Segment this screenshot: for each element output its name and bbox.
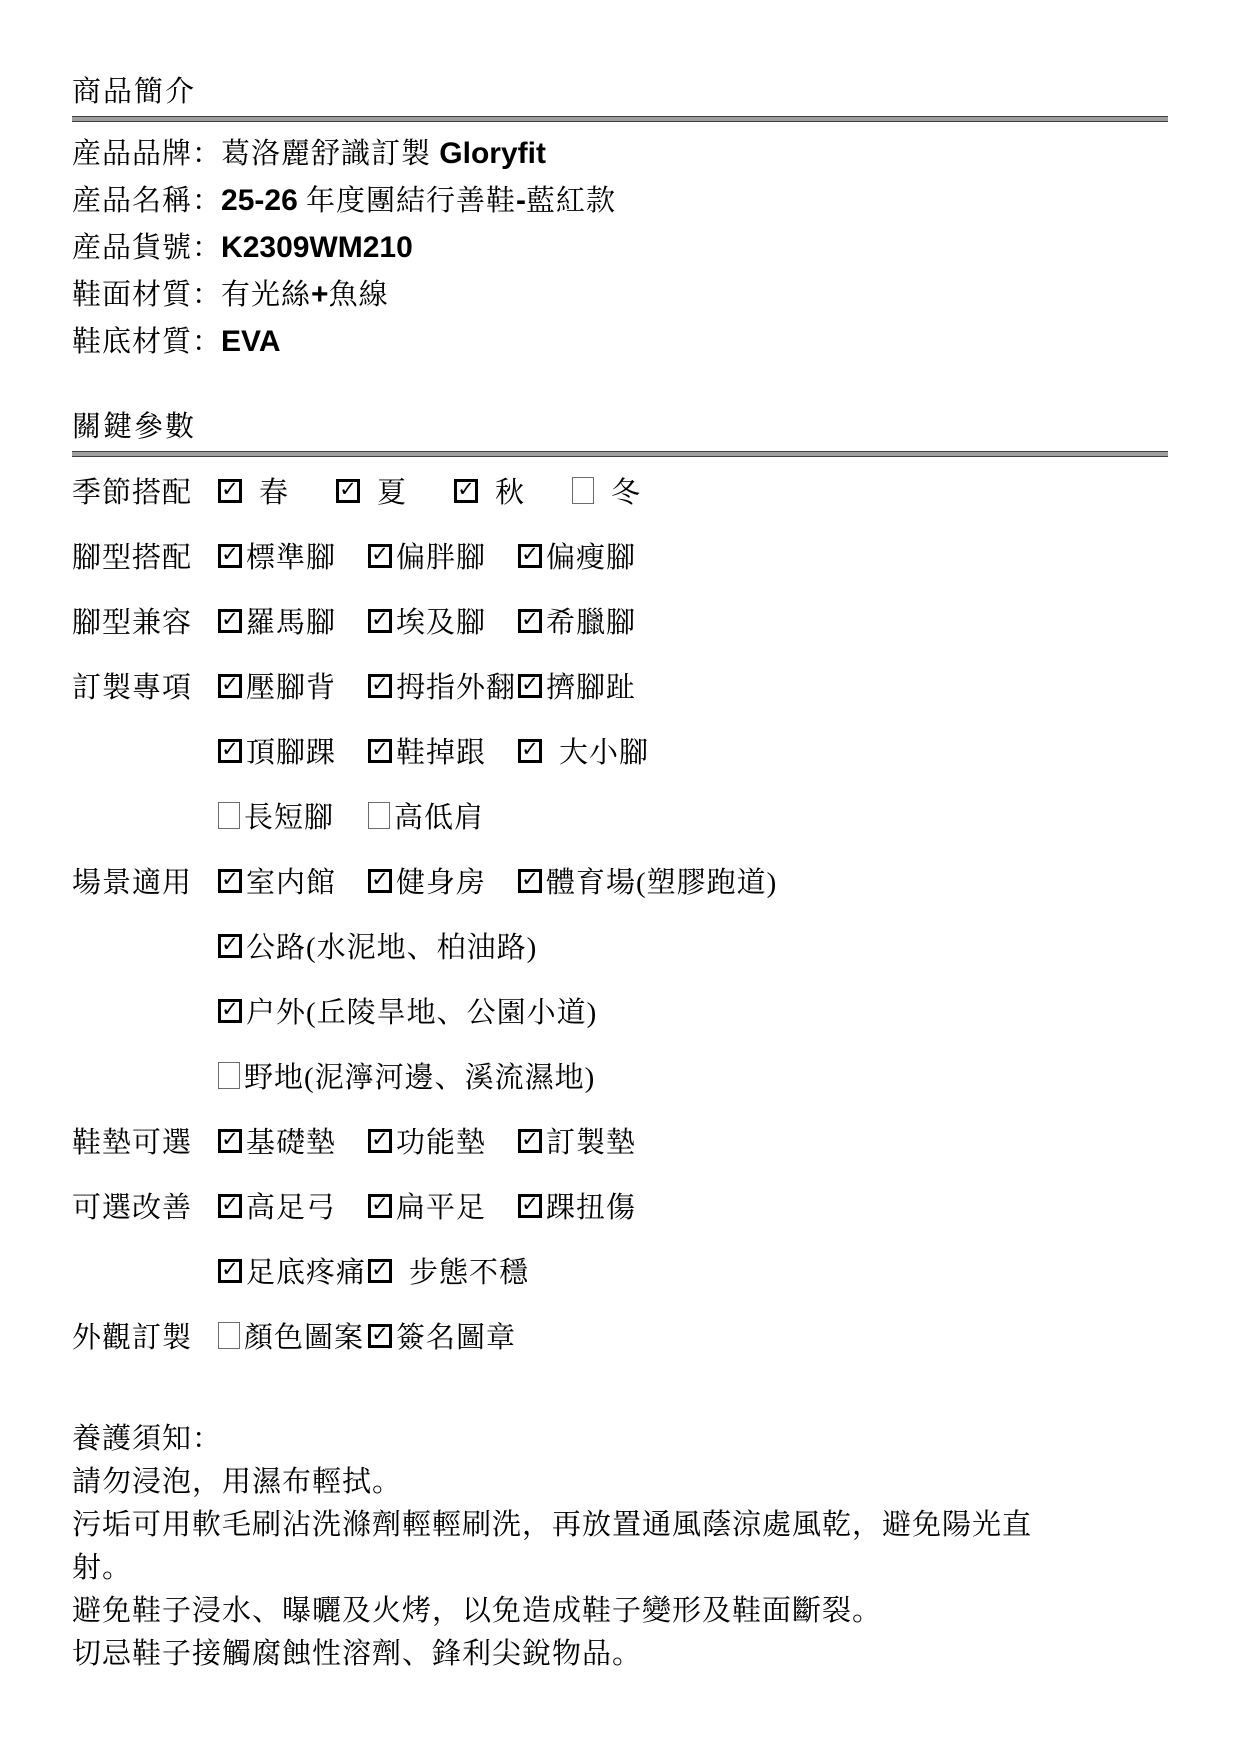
check-mark-icon: ✓ <box>221 609 239 630</box>
care-instruction: 切忌鞋子接觸腐蝕性溶劑、鋒利尖銳物品。 <box>72 1633 1060 1676</box>
parameter-row: 外觀訂製顏色圖案✓簽名圖章 <box>72 1303 1168 1368</box>
checkbox-checked-icon: ✓ <box>368 1324 392 1348</box>
checklist-item: ✓鞋掉跟 <box>368 730 518 771</box>
field-value-part: 藍紅款 <box>526 185 616 217</box>
checklist-item: 高低肩 <box>368 795 518 836</box>
checklist-item: 野地(泥濘河邊、溪流濕地) <box>218 1055 595 1096</box>
checklist-item: ✓公路(水泥地、柏油路) <box>218 925 537 966</box>
checklist-item-label: 羅馬腳 <box>246 600 336 641</box>
field-value-part: 魚線 <box>329 279 389 311</box>
checklist-item: ✓步態不穩 <box>368 1250 529 1291</box>
checklist-item: ✓扁平足 <box>368 1185 518 1226</box>
label-separator: ： <box>192 326 221 358</box>
checkbox-checked-icon: ✓ <box>518 609 542 633</box>
checklist-item-label: 埃及腳 <box>396 600 486 641</box>
field-label: 鞋底材質 <box>72 326 192 358</box>
checklist-item-label: 偏瘦腳 <box>546 535 636 576</box>
field-label: 鞋面材質 <box>72 279 192 311</box>
check-mark-icon: ✓ <box>521 739 539 760</box>
check-mark-icon: ✓ <box>521 1129 539 1150</box>
checklist-item-label: 户外(丘陵旱地、公園小道) <box>246 990 597 1031</box>
checklist-item-label: 冬 <box>611 470 641 511</box>
checkbox-checked-icon: ✓ <box>518 544 542 568</box>
parameter-row: 訂製專項✓壓腳背✓拇指外翻✓擠腳趾 <box>72 653 1168 718</box>
field-label: 産品名稱 <box>72 185 192 217</box>
field-value: 有光絲+魚線 <box>221 279 389 311</box>
checklist-item-label: 體育場(塑膠跑道) <box>546 860 777 901</box>
checklist-item: ✓希臘腳 <box>518 600 668 641</box>
checklist-item-label: 健身房 <box>396 860 486 901</box>
checklist-item-label: 足底疼痛 <box>246 1250 366 1291</box>
checklist-item: ✓功能墊 <box>368 1120 518 1161</box>
check-mark-icon: ✓ <box>457 479 475 500</box>
checkbox-checked-icon: ✓ <box>218 544 242 568</box>
checkbox-checked-icon: ✓ <box>368 739 392 763</box>
checkbox-checked-icon: ✓ <box>218 869 242 893</box>
care-section: 養護須知： 請勿浸泡，用濕布輕拭。污垢可用軟毛刷沾洗滌劑輕輕刷洗，再放置通風蔭涼… <box>72 1418 1168 1676</box>
parameter-rows: 季節搭配✓春✓夏✓秋冬腳型搭配✓標準腳✓偏胖腳✓偏瘦腳腳型兼容✓羅馬腳✓埃及腳✓… <box>72 458 1168 1368</box>
checklist-item: ✓標準腳 <box>218 535 368 576</box>
checklist-item: ✓基礎墊 <box>218 1120 368 1161</box>
checklist-item: ✓夏 <box>336 470 454 511</box>
check-mark-icon: ✓ <box>221 999 239 1020</box>
check-mark-icon: ✓ <box>371 869 389 890</box>
checklist-item: ✓簽名圖章 <box>368 1315 518 1356</box>
checklist-item-label: 高低肩 <box>394 795 484 836</box>
checkbox-checked-icon: ✓ <box>368 869 392 893</box>
care-instruction: 避免鞋子浸水、曝曬及火烤，以免造成鞋子變形及鞋面斷裂。 <box>72 1590 1060 1633</box>
field-value: EVA <box>221 326 280 358</box>
check-mark-icon: ✓ <box>521 869 539 890</box>
check-mark-icon: ✓ <box>221 674 239 695</box>
parameter-row: 鞋墊可選✓基礎墊✓功能墊✓訂製墊 <box>72 1108 1168 1173</box>
checklist-item: ✓室内館 <box>218 860 368 901</box>
field-value-part: EVA <box>221 325 280 358</box>
check-mark-icon: ✓ <box>221 1194 239 1215</box>
checkbox-unchecked-icon <box>218 1322 240 1349</box>
checklist-item-label: 頂腳踝 <box>246 730 336 771</box>
checklist-item: ✓擠腳趾 <box>518 665 668 706</box>
checklist-item-label: 步態不穩 <box>409 1250 529 1291</box>
label-separator: ： <box>192 279 221 311</box>
checklist-item-label: 鞋掉跟 <box>396 730 486 771</box>
field-value-part: 25-26 <box>221 184 298 217</box>
checkbox-checked-icon: ✓ <box>454 479 478 503</box>
checkbox-checked-icon: ✓ <box>218 1259 242 1283</box>
checklist-item: ✓大小腳 <box>518 730 668 771</box>
checkbox-checked-icon: ✓ <box>218 479 242 503</box>
parameter-label: 鞋墊可選 <box>72 1120 218 1161</box>
checkbox-checked-icon: ✓ <box>518 869 542 893</box>
checklist-item: ✓高足弓 <box>218 1185 368 1226</box>
check-mark-icon: ✓ <box>371 1259 389 1280</box>
checkbox-checked-icon: ✓ <box>368 1129 392 1153</box>
intro-row: 産品品牌：葛洛麗舒識訂製 Gloryfit <box>72 130 1168 177</box>
checklist-item: ✓壓腳背 <box>218 665 368 706</box>
parameter-row: ✓户外(丘陵旱地、公園小道) <box>72 978 1168 1043</box>
intro-row: 鞋面材質：有光絲+魚線 <box>72 271 1168 318</box>
parameter-row: 可選改善✓高足弓✓扁平足✓踝扭傷 <box>72 1173 1168 1238</box>
parameter-row: 腳型兼容✓羅馬腳✓埃及腳✓希臘腳 <box>72 588 1168 653</box>
checkbox-checked-icon: ✓ <box>368 674 392 698</box>
checklist-item: ✓春 <box>218 470 336 511</box>
parameter-label: 場景適用 <box>72 860 218 901</box>
checklist-item-label: 基礎墊 <box>246 1120 336 1161</box>
field-value-part: K2309WM210 <box>221 231 413 264</box>
parameter-label: 腳型兼容 <box>72 600 218 641</box>
check-mark-icon: ✓ <box>371 1129 389 1150</box>
checklist-item: ✓健身房 <box>368 860 518 901</box>
checklist-item-label: 偏胖腳 <box>396 535 486 576</box>
care-instruction: 請勿浸泡，用濕布輕拭。 <box>72 1461 1060 1504</box>
checkbox-checked-icon: ✓ <box>218 609 242 633</box>
intro-section-divider <box>72 116 1168 122</box>
checklist-item: 長短腳 <box>218 795 368 836</box>
checklist-item: ✓足底疼痛 <box>218 1250 368 1291</box>
checkbox-checked-icon: ✓ <box>218 999 242 1023</box>
checklist-item-label: 大小腳 <box>559 730 649 771</box>
checkbox-checked-icon: ✓ <box>518 674 542 698</box>
field-value: 葛洛麗舒識訂製 Gloryfit <box>221 138 546 170</box>
check-mark-icon: ✓ <box>371 1194 389 1215</box>
checklist-item-label: 夏 <box>377 470 407 511</box>
checkbox-unchecked-icon <box>572 477 594 504</box>
field-value-part: 年度團結行善鞋 <box>298 185 516 217</box>
checkbox-checked-icon: ✓ <box>368 609 392 633</box>
checklist-item: ✓踝扭傷 <box>518 1185 668 1226</box>
checklist-item-label: 高足弓 <box>246 1185 336 1226</box>
checkbox-checked-icon: ✓ <box>368 1259 392 1283</box>
intro-section-title: 商品簡介 <box>72 0 1168 110</box>
check-mark-icon: ✓ <box>221 739 239 760</box>
parameter-label: 外觀訂製 <box>72 1315 218 1356</box>
field-value: 25-26 年度團結行善鞋-藍紅款 <box>221 185 616 217</box>
parameter-row: ✓頂腳踝✓鞋掉跟✓大小腳 <box>72 718 1168 783</box>
parameter-row: 腳型搭配✓標準腳✓偏胖腳✓偏瘦腳 <box>72 523 1168 588</box>
checklist-item-label: 秋 <box>495 470 525 511</box>
checkbox-checked-icon: ✓ <box>218 674 242 698</box>
checklist-item-label: 簽名圖章 <box>396 1315 516 1356</box>
checklist-item-label: 顏色圖案 <box>244 1315 364 1356</box>
checkbox-checked-icon: ✓ <box>336 479 360 503</box>
checklist-item: ✓户外(丘陵旱地、公園小道) <box>218 990 597 1031</box>
field-value-part: - <box>516 184 526 217</box>
document-page: 商品簡介 産品品牌：葛洛麗舒識訂製 Gloryfit産品名稱：25-26 年度團… <box>0 0 1241 1754</box>
parameter-row: ✓足底疼痛✓步態不穩 <box>72 1238 1168 1303</box>
checklist-item-label: 公路(水泥地、柏油路) <box>246 925 537 966</box>
checklist-item-label: 長短腳 <box>244 795 334 836</box>
checklist-item: ✓拇指外翻 <box>368 665 518 706</box>
check-mark-icon: ✓ <box>371 739 389 760</box>
check-mark-icon: ✓ <box>339 479 357 500</box>
parameter-row: 野地(泥濘河邊、溪流濕地) <box>72 1043 1168 1108</box>
checkbox-checked-icon: ✓ <box>518 1129 542 1153</box>
checkbox-unchecked-icon <box>368 802 390 829</box>
checklist-item-label: 室内館 <box>246 860 336 901</box>
checkbox-checked-icon: ✓ <box>368 1194 392 1218</box>
checklist-item: ✓偏瘦腳 <box>518 535 668 576</box>
care-section-title: 養護須知： <box>72 1418 1168 1461</box>
checkbox-checked-icon: ✓ <box>218 1129 242 1153</box>
check-mark-icon: ✓ <box>221 934 239 955</box>
checklist-item-label: 希臘腳 <box>546 600 636 641</box>
checklist-item-label: 壓腳背 <box>246 665 336 706</box>
checkbox-checked-icon: ✓ <box>518 1194 542 1218</box>
checkbox-checked-icon: ✓ <box>518 739 542 763</box>
field-value: K2309WM210 <box>221 232 413 264</box>
check-mark-icon: ✓ <box>521 544 539 565</box>
check-mark-icon: ✓ <box>221 479 239 500</box>
parameters-section-divider <box>72 451 1168 457</box>
intro-section: 商品簡介 産品品牌：葛洛麗舒識訂製 Gloryfit産品名稱：25-26 年度團… <box>72 0 1168 365</box>
checkbox-checked-icon: ✓ <box>218 739 242 763</box>
checklist-item-label: 訂製墊 <box>546 1120 636 1161</box>
parameter-label: 腳型搭配 <box>72 535 218 576</box>
checklist-item: 冬 <box>572 470 690 511</box>
check-mark-icon: ✓ <box>521 1194 539 1215</box>
check-mark-icon: ✓ <box>371 1324 389 1345</box>
check-mark-icon: ✓ <box>221 544 239 565</box>
parameters-section-title: 關鍵參數 <box>72 409 1168 445</box>
label-separator: ： <box>192 138 221 170</box>
field-label: 産品貨號 <box>72 232 192 264</box>
checklist-item-label: 拇指外翻 <box>396 665 516 706</box>
intro-row: 産品名稱：25-26 年度團結行善鞋-藍紅款 <box>72 177 1168 224</box>
label-separator: ： <box>192 185 221 217</box>
check-mark-icon: ✓ <box>221 869 239 890</box>
checklist-item: ✓秋 <box>454 470 572 511</box>
parameter-row: 季節搭配✓春✓夏✓秋冬 <box>72 458 1168 523</box>
checklist-item-label: 扁平足 <box>396 1185 486 1226</box>
field-value-part: 有光絲 <box>221 279 311 311</box>
checklist-item-label: 野地(泥濘河邊、溪流濕地) <box>244 1055 595 1096</box>
checklist-item: ✓埃及腳 <box>368 600 518 641</box>
checklist-item-label: 春 <box>259 470 289 511</box>
checklist-item: 顏色圖案 <box>218 1315 368 1356</box>
check-mark-icon: ✓ <box>371 609 389 630</box>
checklist-item: ✓偏胖腳 <box>368 535 518 576</box>
care-lines: 請勿浸泡，用濕布輕拭。污垢可用軟毛刷沾洗滌劑輕輕刷洗，再放置通風蔭涼處風乾，避免… <box>72 1461 1168 1676</box>
checkbox-checked-icon: ✓ <box>218 934 242 958</box>
intro-rows: 産品品牌：葛洛麗舒識訂製 Gloryfit産品名稱：25-26 年度團結行善鞋-… <box>72 130 1168 365</box>
field-value-part: Gloryfit <box>439 137 546 170</box>
parameters-section: 關鍵參數 季節搭配✓春✓夏✓秋冬腳型搭配✓標準腳✓偏胖腳✓偏瘦腳腳型兼容✓羅馬腳… <box>72 409 1168 1368</box>
checkbox-unchecked-icon <box>218 802 240 829</box>
parameter-row: 長短腳高低肩 <box>72 783 1168 848</box>
checklist-item: ✓訂製墊 <box>518 1120 668 1161</box>
checklist-item-label: 踝扭傷 <box>546 1185 636 1226</box>
label-separator: ： <box>192 232 221 264</box>
intro-row: 産品貨號：K2309WM210 <box>72 224 1168 271</box>
check-mark-icon: ✓ <box>221 1259 239 1280</box>
checklist-item-label: 擠腳趾 <box>546 665 636 706</box>
checklist-item: ✓體育場(塑膠跑道) <box>518 860 777 901</box>
field-value-part: + <box>311 278 329 311</box>
intro-row: 鞋底材質：EVA <box>72 318 1168 365</box>
checkbox-unchecked-icon <box>218 1062 240 1089</box>
checkbox-checked-icon: ✓ <box>218 1194 242 1218</box>
check-mark-icon: ✓ <box>521 674 539 695</box>
check-mark-icon: ✓ <box>371 544 389 565</box>
checkbox-checked-icon: ✓ <box>368 544 392 568</box>
checklist-item: ✓頂腳踝 <box>218 730 368 771</box>
check-mark-icon: ✓ <box>221 1129 239 1150</box>
parameter-row: 場景適用✓室内館✓健身房✓體育場(塑膠跑道) <box>72 848 1168 913</box>
checklist-item: ✓羅馬腳 <box>218 600 368 641</box>
check-mark-icon: ✓ <box>371 674 389 695</box>
check-mark-icon: ✓ <box>521 609 539 630</box>
parameter-label: 可選改善 <box>72 1185 218 1226</box>
parameter-row: ✓公路(水泥地、柏油路) <box>72 913 1168 978</box>
checklist-item-label: 標準腳 <box>246 535 336 576</box>
field-label: 産品品牌 <box>72 138 192 170</box>
field-value-part: 葛洛麗舒識訂製 <box>221 138 439 170</box>
checklist-item-label: 功能墊 <box>396 1120 486 1161</box>
care-instruction: 污垢可用軟毛刷沾洗滌劑輕輕刷洗，再放置通風蔭涼處風乾，避免陽光直射。 <box>72 1504 1060 1590</box>
parameter-label: 季節搭配 <box>72 470 218 511</box>
parameter-label: 訂製專項 <box>72 665 218 706</box>
